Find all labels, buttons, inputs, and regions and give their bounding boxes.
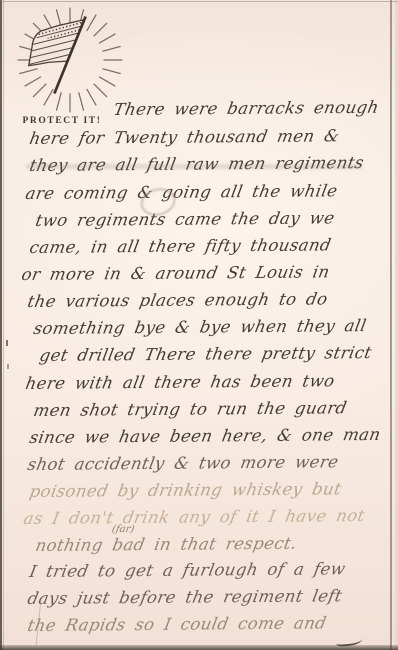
handwriting-line: are coming & going all the while — [24, 181, 339, 203]
ink-squiggle-mark — [336, 635, 363, 647]
erasure-smudge — [26, 164, 362, 169]
handwriting-line: as I don't drink any of it I have not — [22, 506, 367, 528]
flag-emblem-icon — [14, 2, 126, 132]
scan-edge-left-inner — [3, 0, 4, 650]
handwriting-line: shot accidently & two more were — [26, 452, 340, 474]
handwriting-line: came, in all there fifty thousand — [28, 235, 333, 257]
handwriting-line: poisoned by drinking whiskey but — [28, 479, 343, 501]
handwriting-line: days just before the regiment left — [26, 586, 344, 608]
handwriting-line: There were barracks enough — [112, 98, 381, 119]
interline-insertion: (far) — [111, 524, 135, 535]
handwriting-line: the Rapids so I could come and — [26, 613, 328, 635]
handwriting-line: men shot trying to run the guard — [32, 398, 349, 420]
handwriting-line: something bye & bye when they all — [32, 316, 368, 338]
handwriting-line: since we have been here, & one man — [28, 425, 382, 447]
letter-page: PROTECT IT! There were barracks enough h… — [0, 0, 398, 650]
handwriting-line: two regiments came the day we — [34, 208, 336, 230]
handwriting-line: here with all there has been two — [24, 371, 336, 393]
margin-tick-mark — [6, 340, 8, 346]
emblem-caption: PROTECT IT! — [14, 116, 110, 126]
handwriting-line: the various places enough to do — [26, 289, 329, 311]
handwriting-line: I tried to get a furlough of a few — [28, 559, 347, 581]
scan-edge-right — [390, 0, 392, 650]
handwriting-line: here for Twenty thousand men & — [28, 126, 341, 148]
scan-edge-left — [0, 0, 2, 650]
handwriting-line: nothing bad in that respect. — [34, 534, 299, 555]
handwriting-line: get drilled There there pretty strict — [38, 343, 373, 365]
margin-tick-mark — [7, 364, 9, 369]
handwriting-line: or more in & around St Louis in — [20, 262, 331, 284]
